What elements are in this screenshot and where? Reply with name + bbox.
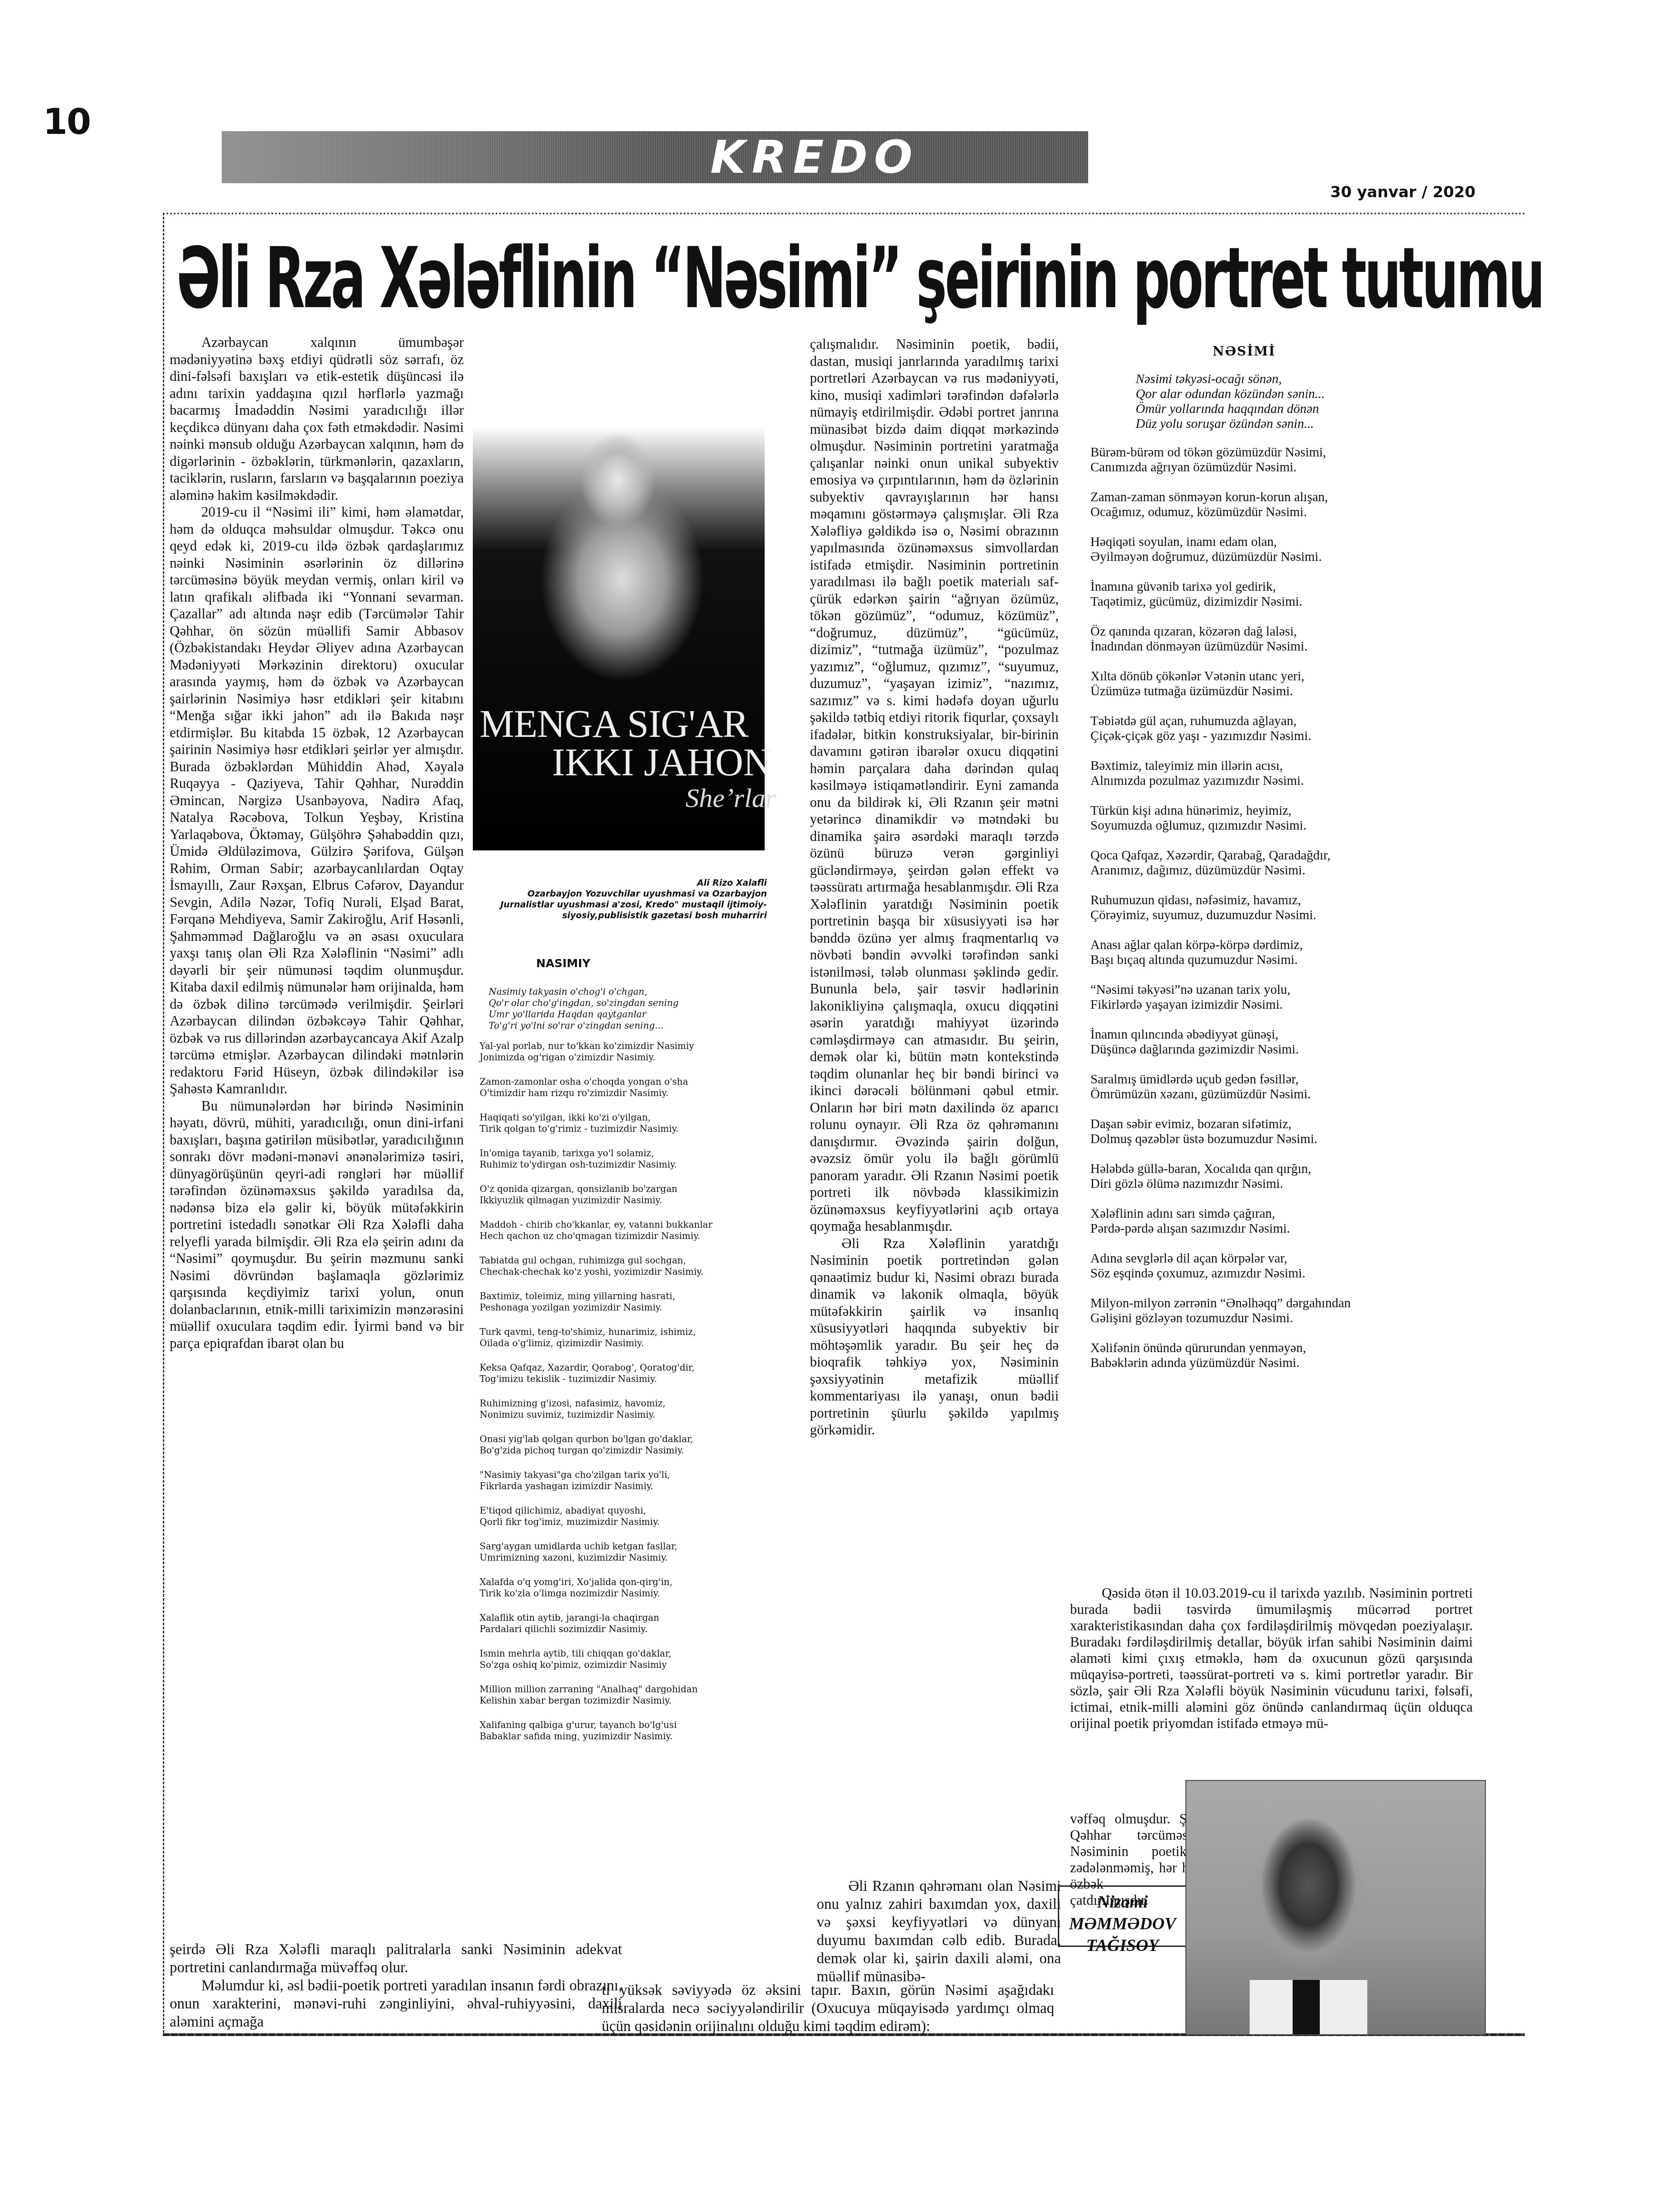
stanza: Milyon-milyon zərrənin “Ənəlhəqq” dərgah… — [1090, 1296, 1489, 1326]
verse-line: Turk qavmi, teng-to'shimiz, hunarimiz, i… — [480, 1326, 787, 1338]
verse-line: Gəlişini gözləyən tozumuzdur Nəsimi. — [1090, 1311, 1489, 1326]
verse-line: Alnımızda pozulmaz yazımızdır Nəsimi. — [1090, 774, 1489, 788]
stanza: “Nəsimi təkyəsi”nə uzanan tarix yolu,Fik… — [1090, 983, 1489, 1012]
verse-line: Saralmış ümidlərdə uçub gedən fəsillər, — [1090, 1072, 1489, 1087]
paragraph: Əli Rza Xələflinin yaratdığı Nəsiminin p… — [810, 1235, 1059, 1438]
stanza: Zaman-zaman sönməyən korun-korun alışan,… — [1090, 490, 1489, 520]
caption-name: Ali Rizo Xalafli — [464, 878, 767, 888]
verse-line: Üzümüzə tutmağa üzümüzdür Nəsimi. — [1090, 684, 1489, 699]
stanza: Anası ağlar qalan körpə-körpə dərdimiz,B… — [1090, 938, 1489, 968]
stanza: "Nasimiy takyasi"ga cho'zilgan tarix yo'… — [480, 1469, 787, 1492]
verse-line: Zaman-zaman sönməyən korun-korun alışan, — [1090, 490, 1489, 505]
verse-line: Qoca Qafqaz, Xəzərdir, Qarabağ, Qaradağd… — [1090, 848, 1489, 863]
verse-line: Haqiqati so'yilgan, ikki ko'zi o'yilgan, — [480, 1112, 787, 1123]
book-cover-image: MENGA SIG'AR IKKI JAHON Sheʼrlar — [473, 389, 765, 850]
stanza: Haqiqati so'yilgan, ikki ko'zi o'yilgan,… — [480, 1112, 787, 1134]
verse-line: So'zga oshiq ko'pimiz, ozimizdir Nasimiy — [480, 1659, 787, 1671]
verse-line: Sarg'aygan umidlarda uchib ketgan faslla… — [480, 1541, 787, 1552]
stanza: Ruhumuzun qidası, nəfəsimiz, havamız,Çör… — [1090, 893, 1489, 923]
verse-line: İnamına güvənib tarixə yol gedirik, — [1090, 579, 1489, 594]
verse-line: Xalifaning qalbiga g'urur, tayanch bo'lg… — [480, 1719, 787, 1731]
verse-line: Dolmuş qəzəblər üstə bozumuzdur Nəsimi. — [1090, 1132, 1489, 1147]
caption-line: siyosiy,publisistik gazetasi bosh muharr… — [464, 910, 767, 921]
verse-line: Umr yo'llarida Haqdan qaytganlar — [489, 1009, 787, 1020]
verse-line: Umrimizning xazoni, kuzimizdir Nasimiy. — [480, 1552, 787, 1563]
section-title: KREDO — [710, 135, 919, 180]
verse-line: Soyumuzda oğlumuz, qızımızdır Nəsimi. — [1090, 818, 1489, 833]
verse-line: Aranımız, dağımız, düzümüzdür Nəsimi. — [1090, 863, 1489, 878]
stanza: Həqiqəti soyulan, inamı edam olan,Əyilmə… — [1090, 535, 1489, 565]
paragraph: şeirdə Əli Rza Xələfli maraqlı palitrala… — [170, 1941, 622, 1977]
banner-gradient — [222, 131, 674, 183]
photo-tie — [1293, 1980, 1320, 2034]
verse-line: Ruhimiz to'ydirgan osh-tuzimizdir Nasimi… — [480, 1159, 787, 1170]
verse-line: Bürəm-bürəm od tökən gözümüzdür Nəsimi, — [1090, 445, 1489, 460]
paragraph: Qəsidə ötən il 10.03.2019-cu il tarixdə … — [1070, 1585, 1473, 1732]
stanza: Turk qavmi, teng-to'shimiz, hunarimiz, i… — [480, 1326, 787, 1349]
image-caption: Ali Rizo Xalafli Ozarbayjon Yozuvchilar … — [464, 878, 767, 921]
paragraph: Azərbaycan xalqının ümumbəşər mədəniyyət… — [170, 334, 464, 503]
verse-line: “Nəsimi təkyəsi”nə uzanan tarix yolu, — [1090, 983, 1489, 997]
verse-line: Düz yolu soruşar özündən sənin... — [1136, 417, 1489, 432]
author-photo — [1185, 1780, 1486, 2035]
paragraph: Əli Rzanın qəhrəmanı olan Nəsimi onu yal… — [817, 1877, 1061, 1986]
stanza: Maddoh - chirib cho'kkanlar, ey, vatanni… — [480, 1219, 787, 1242]
verse-line: Million million zarraning "Analhaq" darg… — [480, 1684, 787, 1695]
verse-line: Jonimizda og'rigan o'zimizdir Nasimiy. — [480, 1052, 787, 1063]
verse-line: Həqiqəti soyulan, inamı edam olan, — [1090, 535, 1489, 550]
verse-line: Taqətimiz, gücümüz, dizimizdir Nəsimi. — [1090, 594, 1489, 609]
azeri-stanzas: Bürəm-bürəm od tökən gözümüzdür Nəsimi,C… — [1090, 445, 1489, 1371]
verse-line: Ömür yollarında haqqından dönən — [1136, 402, 1489, 417]
article-headline: Əli Rza Xələflinin “Nəsimi” şeirinin por… — [176, 235, 1013, 321]
verse-line: Hələbdə güllə-baran, Xocalıda qan qırğın… — [1090, 1162, 1489, 1177]
verse-line: Ocağımız, odumuz, közümüzdür Nəsimi. — [1090, 505, 1489, 520]
verse-line: Ikkiyuzlik qilmagan yuzimizdir Nasimiy. — [480, 1195, 787, 1206]
verse-line: Kelishin xabar bergan tozimizdir Nasimiy… — [480, 1695, 787, 1706]
stanza: E'tiqod qilichimiz, abadiyat quyoshi,Qor… — [480, 1505, 787, 1528]
paragraph: 2019-cu il “Nəsimi ili” kimi, həm əlamət… — [170, 503, 464, 1097]
verse-line: Türkün kişi adına hünərimiz, heyimiz, — [1090, 803, 1489, 818]
uzbek-poem: Nasimiy takyasin o'chog'i o'chgan, Qo'r … — [480, 986, 787, 1755]
uzbek-epigraph: Nasimiy takyasin o'chog'i o'chgan, Qo'r … — [489, 986, 787, 1031]
stanza: Qoca Qafqaz, Xəzərdir, Qarabağ, Qaradağd… — [1090, 848, 1489, 878]
verse-line: Ruhimizning g'izosi, nafasimiz, havomiz, — [480, 1398, 787, 1409]
stanza: Ruhimizning g'izosi, nafasimiz, havomiz,… — [480, 1398, 787, 1420]
verse-line: Milyon-milyon zərrənin “Ənəlhəqq” dərgah… — [1090, 1296, 1489, 1311]
verse-line: Çiçək-çiçək göz yaşı - yazımızdır Nəsimi… — [1090, 729, 1489, 744]
uzbek-poem-title: NASIMIY — [536, 957, 590, 970]
verse-line: Tirik ko'zla o'limga nozimizdir Nasimiy. — [480, 1588, 787, 1599]
verse-line: Xılta dönüb çökənlər Vətənin utanc yeri, — [1090, 669, 1489, 684]
azeri-epigraph: Nəsimi təkyəsi-ocağı sönən, Qor alar odu… — [1136, 372, 1489, 432]
stanza: Onasi yig'lab qolgan qurbon bo'lgan go'd… — [480, 1434, 787, 1456]
stanza: Sarg'aygan umidlarda uchib ketgan faslla… — [480, 1541, 787, 1563]
article-column-1: Azərbaycan xalqının ümumbəşər mədəniyyət… — [170, 334, 464, 1352]
verse-line: Xalafda o'q yomg'iri, Xo'jalida qon-qirg… — [480, 1576, 787, 1588]
stanza: Ismin mehrla aytib, tili chiqqan go'dakl… — [480, 1648, 787, 1671]
verse-line: Daşan səbir evimiz, bozaran sifətimiz, — [1090, 1117, 1489, 1132]
verse-line: Baxtimiz, toleimiz, ming yillarning hasr… — [480, 1291, 787, 1302]
verse-line: Ismin mehrla aytib, tili chiqqan go'dakl… — [480, 1648, 787, 1659]
verse-line: Nasimiy takyasin o'chog'i o'chgan, — [489, 986, 787, 997]
stanza: Zamon-zamonlar osha o'choqda yongan o'sh… — [480, 1076, 787, 1099]
book-signature: Sheʼrlar — [685, 783, 776, 814]
stanza: Yal-yal porlab, nur to'kkan ko'zimizdir … — [480, 1040, 787, 1063]
verse-line: Anası ağlar qalan körpə-körpə dərdimiz, — [1090, 938, 1489, 953]
stanza: Xalaflik otin aytib, jarangi-la chaqirga… — [480, 1612, 787, 1635]
verse-line: Fikrlarda yashagan izimizdir Nasimiy. — [480, 1481, 787, 1492]
uzbek-stanzas: Yal-yal porlab, nur to'kkan ko'zimizdir … — [480, 1040, 787, 1742]
verse-line: Tabiatda gul ochgan, ruhimizga gul sochg… — [480, 1255, 787, 1266]
article-bottom-left: şeirdə Əli Rza Xələfli maraqlı palitrala… — [170, 1941, 622, 2031]
verse-line: Babaklar safida ming, yuzimizdir Nasimiy… — [480, 1731, 787, 1742]
verse-line: İnamın qılıncında əbədiyyət günəşi, — [1090, 1027, 1489, 1042]
verse-line: Tirik qolgan to'g'rimiz - tuzimizdir Nas… — [480, 1123, 787, 1134]
stanza: Öz qanında qızaran, közərən dağ laləsi,İ… — [1090, 624, 1489, 654]
verse-line: Babəklərin adında yüzümüzdür Nəsimi. — [1090, 1356, 1489, 1371]
verse-line: Pardalari qilichli sozimizdir Nasimiy. — [480, 1623, 787, 1635]
article-column-2: çalışmalıdır. Nəsiminin poetik, bədii, d… — [810, 336, 1059, 1438]
stanza: Xalifaning qalbiga g'urur, tayanch bo'lg… — [480, 1719, 787, 1742]
verse-line: O'z qonida qizargan, qonsizlanib bo'zarg… — [480, 1183, 787, 1195]
verse-line: İnadından dönməyən üzümüzdür Nəsimi. — [1090, 639, 1489, 654]
verse-line: Fikirlərdə yaşayan izimizdir Nəsimi. — [1090, 997, 1489, 1012]
paragraph: Bu nümunələrdən hər birində Nəsiminin hə… — [170, 1097, 464, 1352]
paragraph: ti yüksək səviyyədə öz əksini tapır. Bax… — [602, 1981, 1054, 2036]
verse-line: Zamon-zamonlar osha o'choqda yongan o'sh… — [480, 1076, 787, 1087]
article-bottom-mid: ti yüksək səviyyədə öz əksini tapır. Bax… — [602, 1981, 1054, 2036]
verse-line: Hech qachon uz cho'qmagan tizimizdir Nas… — [480, 1230, 787, 1242]
verse-line: Adına sevglərlə dil açan körpələr var, — [1090, 1251, 1489, 1266]
article-column-2-tail: Əli Rzanın qəhrəmanı olan Nəsimi onu yal… — [817, 1877, 1061, 1986]
caption-line: Jurnalistlar uyushmasi a'zosi, Kredo" mu… — [464, 899, 767, 910]
stanza: Keksa Qafqaz, Xazardir, Qorabog', Qorato… — [480, 1362, 787, 1385]
author-byline: Nizami MƏMMƏDOV TAĞISOY — [1058, 1885, 1186, 1947]
azeri-poem-title: NƏSİMİ — [1213, 344, 1275, 359]
verse-line: To'g'ri yo'lni so'rar o'zingdan sening..… — [489, 1020, 787, 1031]
stanza: Daşan səbir evimiz, bozaran sifətimiz,Do… — [1090, 1117, 1489, 1147]
verse-line: Ömrümüzün xəzanı, güzümüzdür Nəsimi. — [1090, 1087, 1489, 1102]
verse-line: O'timizdir ham rizqu ro'zimizdir Nasimiy… — [480, 1087, 787, 1099]
verse-line: In'omiga tayanib, tarixga yo'l solamiz, — [480, 1148, 787, 1159]
verse-line: Yal-yal porlab, nur to'kkan ko'zimizdir … — [480, 1040, 787, 1052]
verse-line: Canımızda ağrıyan özümüzdür Nəsimi. — [1090, 460, 1489, 475]
verse-line: Qo'r olar cho'g'ingdan, so'zingdan senin… — [489, 997, 787, 1009]
verse-line: Onasi yig'lab qolgan qurbon bo'lgan go'd… — [480, 1434, 787, 1445]
stanza: İnamın qılıncında əbədiyyət günəşi,Düşün… — [1090, 1027, 1489, 1057]
stanza: Baxtimiz, toleimiz, ming yillarning hasr… — [480, 1291, 787, 1313]
book-title-line2: IKKI JAHON — [552, 740, 771, 785]
verse-line: Bəxtimiz, taleyimiz min illərin acısı, — [1090, 759, 1489, 774]
verse-line: Ruhumuzun qidası, nəfəsimiz, havamız, — [1090, 893, 1489, 908]
stanza: In'omiga tayanib, tarixga yo'l solamiz,R… — [480, 1148, 787, 1170]
stanza: Adına sevglərlə dil açan körpələr var,Sö… — [1090, 1251, 1489, 1281]
paragraph: çalışmalıdır. Nəsiminin poetik, bədii, d… — [810, 336, 1059, 1235]
stanza: Xalafda o'q yomg'iri, Xo'jalida qon-qirg… — [480, 1576, 787, 1599]
verse-line: Pərdə-pərdə alışan sazımızdır Nəsimi. — [1090, 1221, 1489, 1236]
stanza: Bürəm-bürəm od tökən gözümüzdür Nəsimi,C… — [1090, 445, 1489, 475]
stanza: Hələbdə güllə-baran, Xocalıda qan qırğın… — [1090, 1162, 1489, 1191]
verse-line: Xələflinin adını sarı simdə çağıran, — [1090, 1206, 1489, 1221]
stanza: Tabiatda gul ochgan, ruhimizga gul sochg… — [480, 1255, 787, 1277]
article-column-3: Qəsidə ötən il 10.03.2019-cu il tarixdə … — [1070, 1585, 1473, 1732]
stanza: İnamına güvənib tarixə yol gedirik,Taqət… — [1090, 579, 1489, 609]
stanza: Million million zarraning "Analhaq" darg… — [480, 1684, 787, 1706]
stanza: Xəlifənin önündə qürurundan yenməyən,Bab… — [1090, 1341, 1489, 1371]
verse-line: Bo'g'zida pichoq turgan qo'zimizdir Nasi… — [480, 1445, 787, 1456]
verse-line: Tog'imizu tekislik - tuzimizdir Nasimiy. — [480, 1373, 787, 1385]
verse-line: Düşüncə dağlarında gəzimizdir Nəsimi. — [1090, 1042, 1489, 1057]
verse-line: Maddoh - chirib cho'kkanlar, ey, vatanni… — [480, 1219, 787, 1230]
verse-line: Qor alar odundan közündən sənin... — [1136, 387, 1489, 402]
verse-line: Nəsimi təkyəsi-ocağı sönən, — [1136, 372, 1489, 387]
issue-date: 30 yanvar / 2020 — [1330, 183, 1475, 201]
stanza: O'z qonida qizargan, qonsizlanib bo'zarg… — [480, 1183, 787, 1206]
verse-line: "Nasimiy takyasi"ga cho'zilgan tarix yo'… — [480, 1469, 787, 1481]
author-surname: TAĞISOY — [1059, 1935, 1186, 1956]
verse-line: E'tiqod qilichimiz, abadiyat quyoshi, — [480, 1505, 787, 1516]
verse-line: Peshonaga yozilgan yozimizdir Nasimiy. — [480, 1302, 787, 1313]
verse-line: Başı bıçaq altında quzumuzdur Nəsimi. — [1090, 953, 1489, 968]
stanza: Saralmış ümidlərdə uçub gedən fəsillər,Ö… — [1090, 1072, 1489, 1102]
page-number: 10 — [43, 102, 90, 142]
verse-line: Oilada o'g'limiz, qizimizdir Nasimiy. — [480, 1338, 787, 1349]
stanza: Təbiətdə gül açan, ruhumuzda ağlayan,Çiç… — [1090, 714, 1489, 744]
verse-line: Xəlifənin önündə qürurundan yenməyən, — [1090, 1341, 1489, 1356]
verse-line: Öz qanında qızaran, közərən dağ laləsi, — [1090, 624, 1489, 639]
paragraph: Məlumdur ki, əsl bədii-poetik portreti y… — [170, 1977, 622, 2031]
verse-line: Çörəyimiz, suyumuz, duzumuzdur Nəsimi. — [1090, 908, 1489, 923]
verse-line: Xalaflik otin aytib, jarangi-la chaqirga… — [480, 1612, 787, 1623]
azeri-poem: Nəsimi təkyəsi-ocağı sönən, Qor alar odu… — [1090, 372, 1489, 1386]
stanza: Xılta dönüb çökənlər Vətənin utanc yeri,… — [1090, 669, 1489, 699]
verse-line: Keksa Qafqaz, Xazardir, Qorabog', Qorato… — [480, 1362, 787, 1373]
verse-line: Nonimizu suvimiz, tuzimizdir Nasimiy. — [480, 1409, 787, 1420]
verse-line: Təbiətdə gül açan, ruhumuzda ağlayan, — [1090, 714, 1489, 729]
verse-line: Əyilməyən doğrumuz, düzümüzdür Nəsimi. — [1090, 550, 1489, 565]
verse-line: Chechak-chechak ko'z yoshi, yozimizdir N… — [480, 1266, 787, 1277]
stanza: Bəxtimiz, taleyimiz min illərin acısı,Al… — [1090, 759, 1489, 788]
stanza: Xələflinin adını sarı simdə çağıran,Pərd… — [1090, 1206, 1489, 1236]
stanza: Türkün kişi adına hünərimiz, heyimiz,Soy… — [1090, 803, 1489, 833]
author-name: Nizami MƏMMƏDOV — [1059, 1891, 1186, 1935]
verse-line: Söz eşqində çoxumuz, azımızdır Nəsimi. — [1090, 1266, 1489, 1281]
verse-line: Diri gözlə ölümə nazımızdır Nəsimi. — [1090, 1177, 1489, 1191]
verse-line: Qorli fikr tog'imiz, muzimizdir Nasimiy. — [480, 1516, 787, 1528]
caption-line: Ozarbayjon Yozuvchilar uyushmasi va Ozar… — [464, 888, 767, 899]
